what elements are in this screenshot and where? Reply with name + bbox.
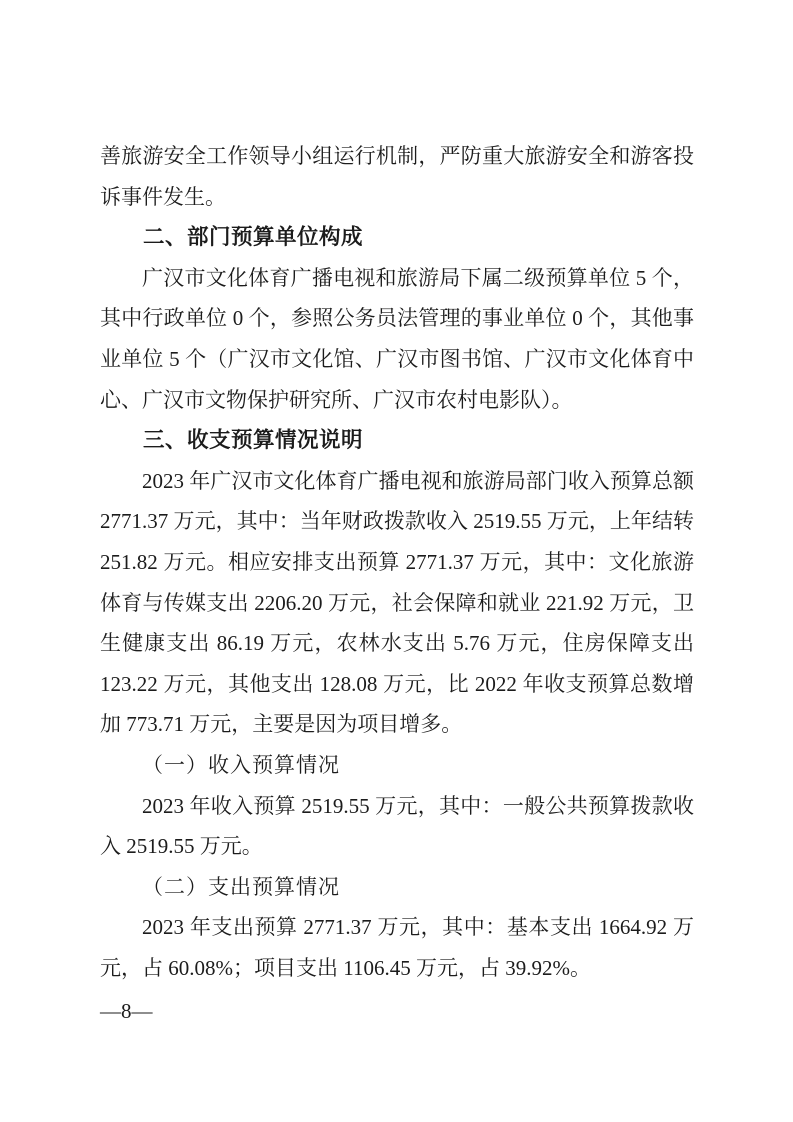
paragraph-budget-totals: 2023 年广汉市文化体育广播电视和旅游局部门收入预算总额 2771.37 万元… [100, 461, 694, 745]
page-number: —8— [100, 996, 153, 1026]
subsection-heading-expenditure-budget: （二）支出预算情况 [100, 867, 694, 908]
document-page: 善旅游安全工作领导小组运行机制，严防重大旅游安全和游客投诉事件发生。 二、部门预… [0, 0, 793, 1122]
paragraph-continued-tourism-safety: 善旅游安全工作领导小组运行机制，严防重大旅游安全和游客投诉事件发生。 [100, 136, 694, 217]
section-heading-budget-unit-composition: 二、部门预算单位构成 [100, 217, 694, 258]
paragraph-income-budget: 2023 年收入预算 2519.55 万元，其中：一般公共预算拨款收入 2519… [100, 786, 694, 867]
section-heading-budget-explanation: 三、收支预算情况说明 [100, 420, 694, 461]
paragraph-expenditure-budget: 2023 年支出预算 2771.37 万元，其中：基本支出 1664.92 万元… [100, 907, 694, 988]
subsection-heading-income-budget: （一）收入预算情况 [100, 745, 694, 786]
paragraph-budget-units: 广汉市文化体育广播电视和旅游局下属二级预算单位 5 个，其中行政单位 0 个，参… [100, 258, 694, 420]
document-body: 善旅游安全工作领导小组运行机制，严防重大旅游安全和游客投诉事件发生。 二、部门预… [100, 136, 694, 988]
